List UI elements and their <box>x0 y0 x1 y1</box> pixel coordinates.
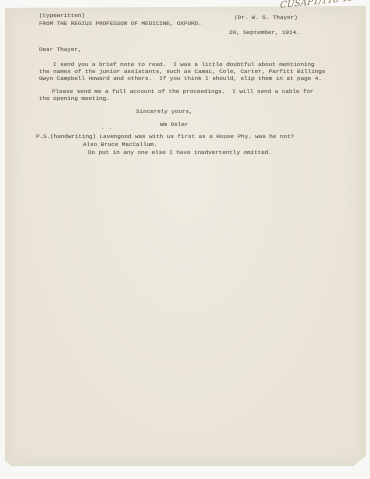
sender-line: FROM THE REGIUS PROFESSOR OF MEDICINE, O… <box>39 20 202 27</box>
scanned-letter-page: (typewritten) FROM THE REGIUS PROFESSOR … <box>0 0 370 479</box>
postscript-line: P.S.(handwriting) Lavengood was with us … <box>36 133 294 140</box>
postscript-line: Also Bruce MacCallum. <box>83 141 157 148</box>
body-line: the opening meeting. <box>39 95 110 102</box>
recipient-note: (Dr. W. S. Thayer) <box>234 14 298 21</box>
typed-note: (typewritten) <box>39 12 85 19</box>
postscript-line: Do put in any one else I have inadverten… <box>88 149 272 156</box>
signature: Wm Osler <box>160 121 188 128</box>
body-line: Please send me a full account of the pro… <box>39 88 314 95</box>
body-line: the names of the junior assistants, such… <box>39 68 325 75</box>
closing-line: Sincerely yours, <box>136 108 193 115</box>
salutation: Dear Thayer, <box>39 46 81 53</box>
date-line: 20, September, 1914. <box>229 29 300 36</box>
body-line: Gwyn Campbell Howard and others. If you … <box>39 75 322 82</box>
body-line: I send you a brief note to read. I was a… <box>39 61 315 68</box>
letter-paper: (typewritten) FROM THE REGIUS PROFESSOR … <box>5 6 366 466</box>
